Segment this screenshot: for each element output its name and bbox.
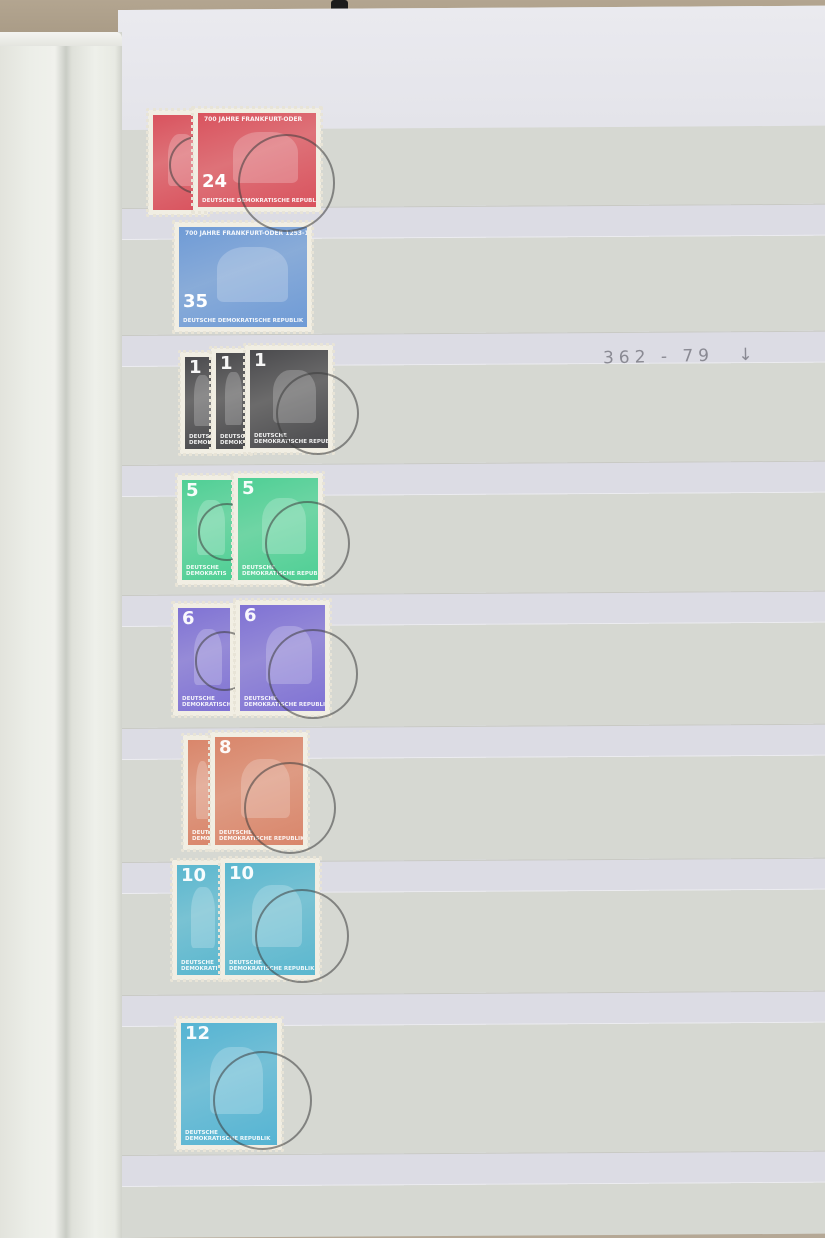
stamp-row1-2: 700 JAHRE FRANKFURT-ODER24DEUTSCHE DEMOK… — [193, 108, 321, 212]
stamp-country-text: DEUTSCHE DEMOKRATISCHE REPUBLIK — [254, 433, 328, 445]
stamp-denomination: 10 — [229, 865, 254, 883]
stamp-illustration — [252, 885, 302, 947]
stamp-design: 1DEUTSCHE DEMOKRATISCHE REPUBLIK — [250, 350, 328, 448]
stamp-row6-2: 8DEUTSCHE DEMOKRATISCHE REPUBLIK — [210, 732, 308, 850]
stamp-country-text: DEUTSCHE DEMOK — [220, 434, 246, 446]
stamp-country-text: DEUTSCHE DEMOKRATISCHE REPUBLIK — [219, 830, 303, 842]
stamp-country-text: DEUTSCHE DEMOKRATI — [181, 960, 218, 972]
stamp-illustration — [217, 247, 287, 302]
stamp-country-text: DEUTSCHE DEMOKRATISCHE REPUBLIK — [202, 198, 316, 204]
stamp-country-text: DEUTSCHE DEMOKRATISCHE REPUBLIK — [244, 696, 325, 708]
stamp-design: 10DEUTSCHE DEMOKRATI — [177, 865, 222, 975]
stamp-row3-3: 1DEUTSCHE DEMOKRATISCHE REPUBLIK — [245, 345, 333, 453]
stamp-denomination: 24 — [202, 173, 227, 191]
stamp-denomination: 8 — [219, 739, 232, 757]
handwritten-annotation: 362 - 79 ↓ — [603, 345, 758, 369]
stamp-country-text: DEUTSCHE DEMOKRATIS — [186, 565, 227, 577]
spine-top-edge — [0, 32, 122, 46]
stamp-design: 5DEUTSCHE DEMOKRATIS — [182, 480, 232, 580]
stamp-illustration — [225, 372, 242, 425]
stamp-country-text: DEUTSCHE DEMOKRATISCHE REPUBLIK — [183, 318, 303, 324]
stamp-row8-1: 12DEUTSCHE DEMOKRATISCHE REPUBLIK — [176, 1018, 282, 1150]
stamp-design: 1DEUTSCHE DEMOK — [216, 353, 246, 449]
annotation-text: 362 - 79 — [603, 346, 714, 369]
stamp-row5-1: 6DEUTSCHE DEMOKRATISCHE — [173, 603, 235, 716]
stamp-denomination: 35 — [183, 293, 208, 311]
stamp-design: 12DEUTSCHE DEMOKRATISCHE REPUBLIK — [181, 1023, 277, 1145]
stamp-illustration — [194, 375, 211, 426]
stamp-denomination: 5 — [186, 482, 199, 500]
stamp-row5-2: 6DEUTSCHE DEMOKRATISCHE REPUBLIK — [235, 600, 330, 716]
stamp-illustration — [194, 629, 223, 686]
stamp-row4-1: 5DEUTSCHE DEMOKRATIS — [177, 475, 237, 585]
stamp-denomination: 1 — [189, 359, 202, 377]
stamp-denomination: 5 — [242, 480, 255, 498]
stamp-design: 6DEUTSCHE DEMOKRATISCHE — [178, 608, 230, 711]
stamp-design: 10DEUTSCHE DEMOKRATISCHE REPUBLIK — [225, 863, 315, 975]
stamp-denomination: 1 — [220, 355, 233, 373]
stamp-denomination: 6 — [182, 610, 195, 628]
stamp-illustration — [233, 132, 298, 184]
stamp-denomination: 6 — [244, 607, 257, 625]
stamp-illustration — [168, 134, 196, 186]
stamp-design: 8DEUTSCHE DEMOKRATISCHE REPUBLIK — [215, 737, 303, 845]
arrow-down-icon: ↓ — [738, 345, 758, 365]
stamp-country-text: DEUTSCHE DEMOKRATISCHE REPUBLIK — [229, 960, 314, 972]
stamp-denomination: 1 — [254, 352, 267, 370]
stamp-row7-1: 10DEUTSCHE DEMOKRATI — [172, 860, 227, 980]
stamp-design: 5DEUTSCHE DEMOKRATISCHE REPUBLIK — [238, 478, 318, 580]
stamp-row4-2: 5DEUTSCHE DEMOKRATISCHE REPUBLIK — [233, 473, 323, 585]
stamp-design: 700 JAHRE FRANKFURT-ODER 1253-195335DEUT… — [179, 227, 307, 327]
stamp-row2-1: 700 JAHRE FRANKFURT-ODER 1253-195335DEUT… — [174, 222, 312, 332]
stamp-denomination: 10 — [181, 867, 206, 885]
stamp-header-text: 700 JAHRE FRANKFURT-ODER — [204, 116, 302, 123]
stamp-design: 6DEUTSCHE DEMOKRATISCHE REPUBLIK — [240, 605, 325, 711]
stamp-illustration — [262, 498, 306, 554]
album-spine — [0, 32, 122, 1238]
stamp-country-text: DEUTSCHE DEMOKRATISCHE — [182, 696, 230, 708]
stamp-country-text: DEUT DEMO — [192, 830, 210, 842]
stamp-illustration — [210, 1047, 263, 1114]
stamp-illustration — [191, 887, 216, 948]
stamp-illustration — [197, 500, 225, 555]
stamp-row7-2: 10DEUTSCHE DEMOKRATISCHE REPUBLIK — [220, 858, 320, 980]
stamp-illustration — [266, 626, 313, 684]
stamp-illustration — [241, 759, 289, 818]
stamp-denomination: 12 — [185, 1025, 210, 1043]
stamp-illustration — [273, 370, 316, 424]
stamp-illustration — [196, 761, 210, 819]
pocket-strip — [118, 1151, 825, 1187]
stamp-header-text: 700 JAHRE FRANKFURT-ODER 1253-1953 — [185, 230, 307, 237]
stamp-design: 700 JAHRE FRANKFURT-ODER24DEUTSCHE DEMOK… — [198, 113, 316, 207]
stamp-country-text: DEUTSCHE DEMOKRATISCHE REPUBLIK — [185, 1130, 270, 1142]
stamp-country-text: DEUTSCHE DEMOKRATISCHE REPUBLIK — [242, 565, 318, 577]
